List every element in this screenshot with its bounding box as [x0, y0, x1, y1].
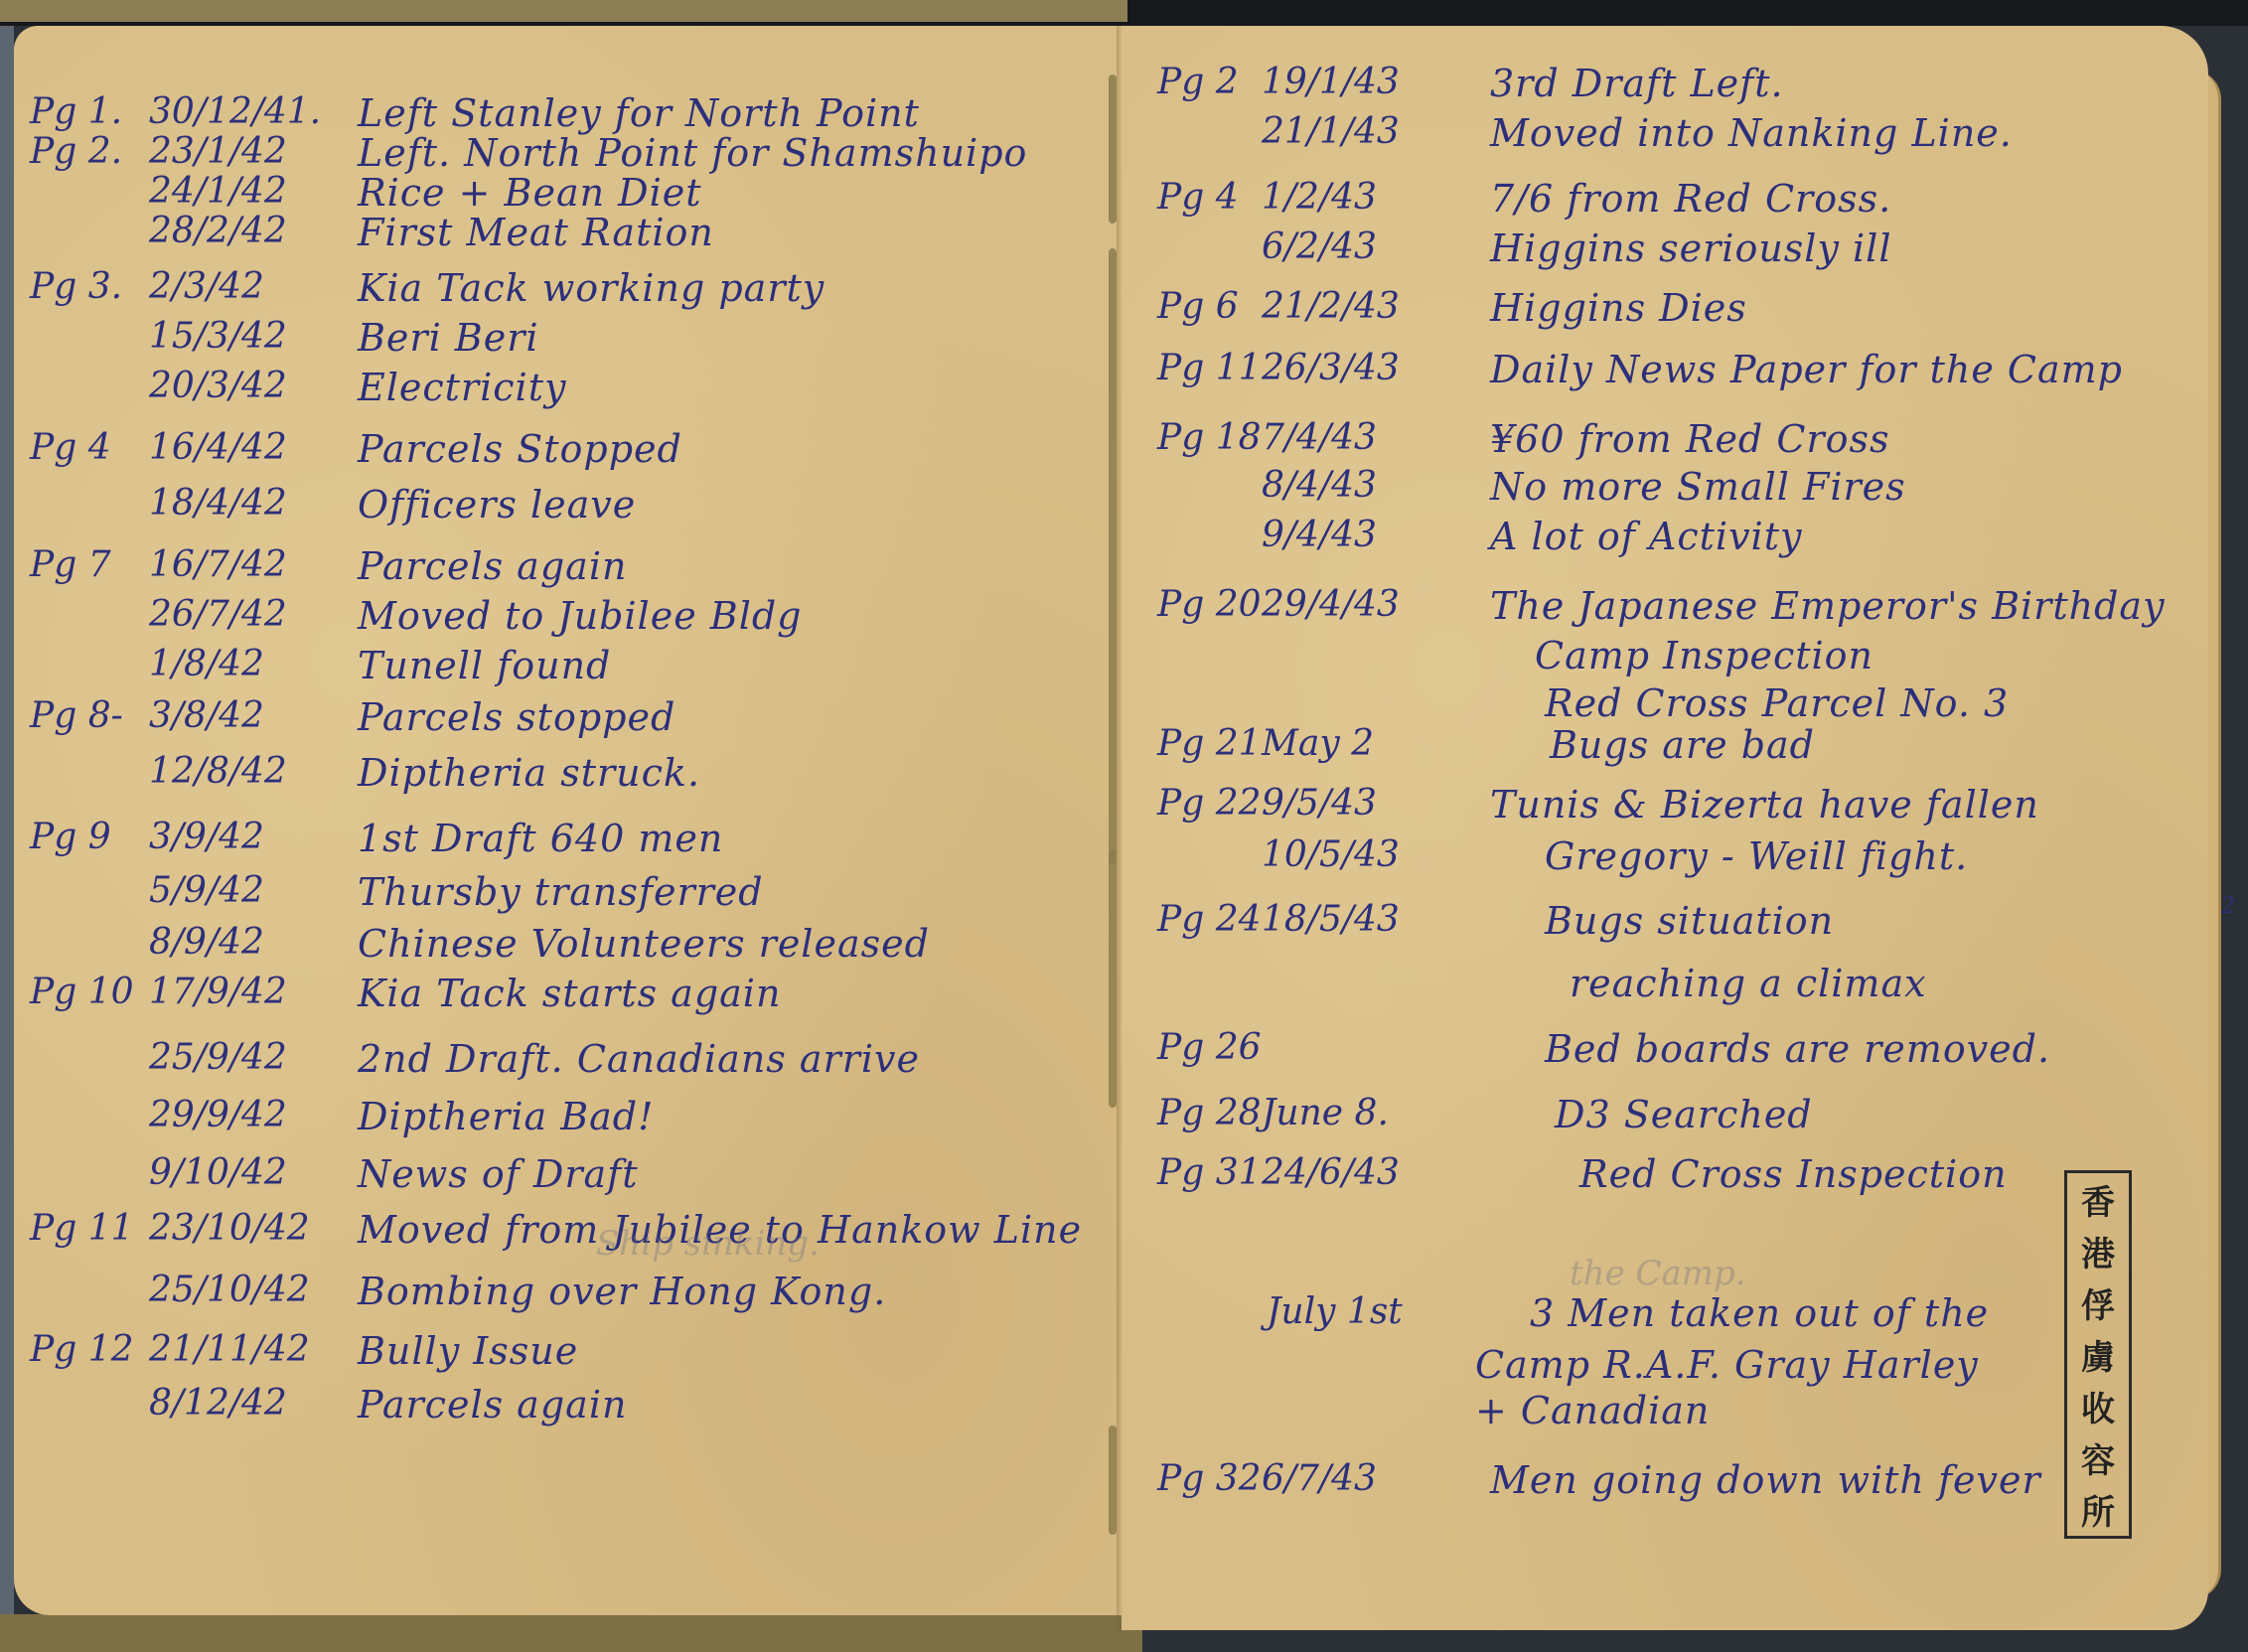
entry-date: 26/3/43	[1262, 348, 1400, 388]
entry-date: 18/4/42	[149, 483, 287, 524]
entry-text: 3rd Draft Left.	[1490, 62, 1784, 105]
entry-date: 17/9/42	[149, 972, 287, 1012]
entry-text: Left. North Point for Shamshuipo	[358, 131, 1027, 175]
entry-page-ref: Pg 26	[1157, 1027, 1262, 1068]
entry-page-ref: Pg 24	[1157, 899, 1262, 940]
entry-page-ref: Pg 7	[30, 544, 111, 585]
entry-date: 24/6/43	[1262, 1152, 1400, 1193]
entry-date: 6/7/43	[1262, 1458, 1377, 1499]
entry-text: Thursby transferred	[358, 870, 764, 914]
gutter-shadow	[1117, 26, 1123, 1630]
stamp-char: 港	[2081, 1227, 2115, 1276]
stamp-char: 虜	[2081, 1330, 2115, 1379]
show-through-text: the Camp.	[1570, 1254, 1746, 1293]
stamp-char: 俘	[2081, 1278, 2115, 1327]
entry-text: Officers leave	[358, 483, 636, 526]
entry-date: 16/4/42	[149, 427, 287, 468]
entry-date: 3/9/42	[149, 817, 264, 857]
entry-text: Gregory - Weill fight.	[1545, 834, 1968, 878]
entry-date: May 2	[1262, 723, 1374, 764]
entry-page-ref: Pg 1.	[30, 91, 122, 132]
stamp-char: 所	[2081, 1485, 2115, 1534]
entry-date: 26/7/42	[149, 594, 287, 635]
entry-date: 10/5/43	[1262, 834, 1400, 875]
entry-page-ref: Pg 8-	[30, 695, 123, 736]
entry-text: 2nd Draft. Canadians arrive	[358, 1037, 920, 1081]
entry-page-ref: Pg 20	[1157, 584, 1262, 625]
entry-date: 7/4/43	[1262, 417, 1377, 458]
entry-text: The Japanese Emperor's Birthday	[1490, 584, 2166, 628]
entry-page-ref: Pg 11	[30, 1208, 134, 1249]
entry-page-ref: Pg 32	[1157, 1458, 1262, 1499]
entry-text: Moved into Nanking Line.	[1490, 111, 2013, 155]
entry-date: 1/2/43	[1262, 177, 1377, 218]
entry-page-ref: Pg 28	[1157, 1093, 1262, 1133]
entry-text: Bombing over Hong Kong.	[358, 1270, 886, 1313]
entry-text: Bugs situation	[1545, 899, 1834, 943]
entry-date: 29/9/42	[149, 1095, 287, 1135]
entry-date: 2/3/42	[149, 266, 264, 307]
entry-date: 24/1/42	[149, 171, 287, 212]
entry-text: Diptheria struck.	[358, 751, 700, 795]
entry-text: Tunis & Bizerta have fallen	[1490, 783, 2039, 826]
entry-text: Electricity	[358, 366, 566, 409]
margin-mark: 2	[2221, 894, 2235, 919]
entry-text: Bully Issue	[358, 1329, 578, 1373]
entry-date: 19/1/43	[1262, 62, 1400, 102]
entry-date: 15/3/42	[149, 316, 287, 357]
entry-date: 20/3/42	[149, 366, 287, 406]
entry-text: 3 Men taken out of the	[1530, 1291, 1989, 1335]
entry-text: Men going down with fever	[1490, 1458, 2041, 1502]
entry-text: Higgins seriously ill	[1490, 226, 1891, 270]
entry-text: Parcels Stopped	[358, 427, 682, 471]
entry-date: 6/2/43	[1262, 226, 1377, 267]
entry-page-ref: Pg 21	[1157, 723, 1262, 764]
entry-date: June 8.	[1262, 1093, 1389, 1133]
entry-page-ref: Pg 4	[30, 427, 111, 468]
entry-text: Parcels again	[358, 1383, 627, 1427]
entry-page-ref: Pg 6	[1157, 286, 1239, 327]
entry-page-ref: Pg 10	[30, 972, 134, 1012]
entry-date: July 1st	[1267, 1291, 1403, 1332]
entry-page-ref: Pg 22	[1157, 783, 1262, 824]
binding-thread	[1109, 248, 1117, 864]
show-through-text: Ship sinking.	[596, 1224, 820, 1264]
entry-date: 16/7/42	[149, 544, 287, 585]
entry-text: Kia Tack working party	[358, 266, 824, 310]
stamp-char: 容	[2081, 1433, 2115, 1482]
entry-page-ref: Pg 11	[1157, 348, 1262, 388]
entry-date: 21/1/43	[1262, 111, 1400, 152]
cloth-binding	[0, 0, 1127, 22]
entry-page-ref: Pg 31	[1157, 1152, 1262, 1193]
entry-page-ref: Pg 9	[30, 817, 111, 857]
entry-date: 8/9/42	[149, 922, 264, 963]
entry-date: 28/2/42	[149, 211, 287, 251]
entry-text: Red Cross Inspection	[1579, 1152, 2008, 1196]
entry-date: 9/5/43	[1262, 783, 1377, 824]
entry-text: A lot of Activity	[1490, 515, 1802, 558]
entry-text: Red Cross Parcel No. 3	[1545, 681, 2009, 725]
book-top-edge	[0, 0, 2248, 26]
entry-text: Bed boards are removed.	[1545, 1027, 2050, 1071]
entry-text: Tunell found	[358, 644, 611, 687]
entry-date: 30/12/41.	[149, 91, 321, 132]
entry-date: 8/4/43	[1262, 465, 1377, 506]
entry-date: 23/1/42	[149, 131, 287, 172]
entry-date: 21/2/43	[1262, 286, 1400, 327]
entry-text: Diptheria Bad!	[358, 1095, 654, 1138]
entry-text: 7/6 from Red Cross.	[1490, 177, 1891, 221]
entry-page-ref: Pg 2.	[30, 131, 122, 172]
entry-text: News of Draft	[358, 1152, 639, 1196]
entry-text: D3 Searched	[1555, 1093, 1813, 1136]
entry-page-ref: Pg 12	[30, 1329, 134, 1370]
pow-camp-stamp: 香 港 俘 虜 收 容 所	[2064, 1170, 2132, 1539]
entry-text: Daily News Paper for the Camp	[1490, 348, 2123, 391]
binding-thread	[1109, 849, 1117, 1108]
entry-text: reaching a climax	[1570, 962, 1927, 1005]
entry-date: 9/4/43	[1262, 515, 1377, 555]
entry-page-ref: Pg 4	[1157, 177, 1239, 218]
entry-text: No more Small Fires	[1490, 465, 1906, 509]
entry-date: 1/8/42	[149, 644, 264, 684]
entry-date: 21/11/42	[149, 1329, 310, 1370]
entry-text: Parcels again	[358, 544, 627, 588]
stamp-char: 收	[2081, 1382, 2115, 1430]
entry-page-ref: Pg 2	[1157, 62, 1239, 102]
entry-text: + Canadian	[1475, 1389, 1710, 1432]
entry-text: Left Stanley for North Point	[358, 91, 920, 135]
entry-text: Kia Tack starts again	[358, 972, 781, 1015]
entry-text: Rice + Bean Diet	[358, 171, 702, 215]
entry-text: ¥60 from Red Cross	[1490, 417, 1889, 461]
binding-thread	[1109, 1426, 1117, 1535]
entry-text: Parcels stopped	[358, 695, 675, 739]
entry-date: 12/8/42	[149, 751, 287, 792]
cover-bottom-edge	[0, 1614, 1142, 1652]
stamp-char: 香	[2081, 1175, 2115, 1224]
entry-date: 29/4/43	[1262, 584, 1400, 625]
entry-text: Beri Beri	[358, 316, 539, 360]
entry-text: Camp R.A.F. Gray Harley	[1475, 1343, 1979, 1387]
entry-page-ref: Pg 18	[1157, 417, 1262, 458]
entry-date: 8/12/42	[149, 1383, 287, 1424]
entry-date: 25/10/42	[149, 1270, 310, 1310]
entry-date: 5/9/42	[149, 870, 264, 911]
entry-date: 9/10/42	[149, 1152, 287, 1193]
background-left-edge	[0, 0, 14, 1652]
binding-thread	[1109, 75, 1117, 224]
entry-text: Moved to Jubilee Bldg	[358, 594, 803, 638]
entry-date: 18/5/43	[1262, 899, 1400, 940]
entry-text: First Meat Ration	[358, 211, 714, 254]
entry-text: 1st Draft 640 men	[358, 817, 723, 860]
entry-page-ref: Pg 3.	[30, 266, 122, 307]
entry-date: 25/9/42	[149, 1037, 287, 1078]
entry-text: Bugs are bad	[1550, 723, 1815, 767]
entry-date: 23/10/42	[149, 1208, 310, 1249]
entry-text: Chinese Volunteers released	[358, 922, 930, 966]
entry-date: 3/8/42	[149, 695, 264, 736]
entry-text: Higgins Dies	[1490, 286, 1747, 330]
entry-text: Camp Inspection	[1535, 634, 1873, 677]
